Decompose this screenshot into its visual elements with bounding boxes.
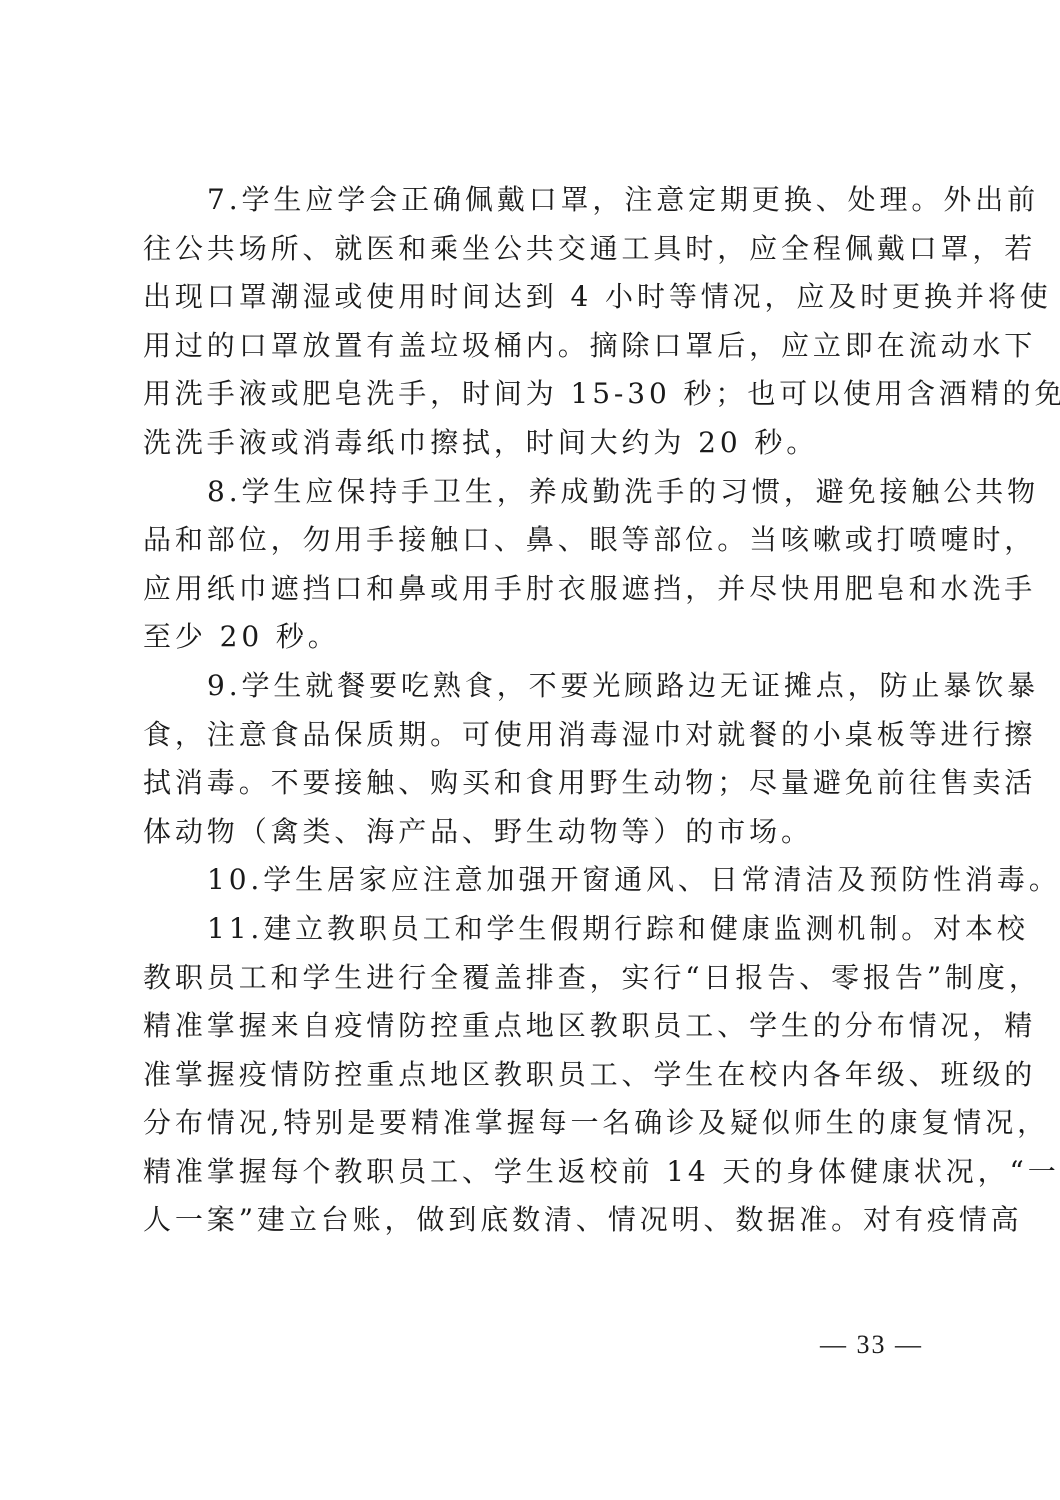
text-line: 准掌握疫情防控重点地区教职员工、学生在校内各年级、班级的 <box>143 1051 917 1100</box>
text-line: 教职员工和学生进行全覆盖排查，实行“日报告、零报告”制度， <box>143 954 917 1003</box>
paragraph-item-9: 9.学生就餐要吃熟食，不要光顾路边无证摊点，防止暴饮暴 食，注意食品保质期。可使… <box>143 662 917 856</box>
text-line: 用过的口罩放置有盖垃圾桶内。摘除口罩后，应立即在流动水下 <box>143 322 917 371</box>
text-line: 9.学生就餐要吃熟食，不要光顾路边无证摊点，防止暴饮暴 <box>143 662 917 711</box>
text-line: 用洗手液或肥皂洗手，时间为 15-30 秒；也可以使用含酒精的免 <box>143 370 917 419</box>
text-line: 应用纸巾遮挡口和鼻或用手肘衣服遮挡，并尽快用肥皂和水洗手 <box>143 565 917 614</box>
text-line: 精准掌握每个教职员工、学生返校前 14 天的身体健康状况，“一 <box>143 1148 917 1197</box>
paragraph-item-8: 8.学生应保持手卫生，养成勤洗手的习惯，避免接触公共物 品和部位，勿用手接触口、… <box>143 468 917 662</box>
text-line: 拭消毒。不要接触、购买和食用野生动物；尽量避免前往售卖活 <box>143 759 917 808</box>
text-line: 11.建立教职员工和学生假期行踪和健康监测机制。对本校 <box>143 905 917 954</box>
text-line: 品和部位，勿用手接触口、鼻、眼等部位。当咳嗽或打喷嚏时， <box>143 516 917 565</box>
document-page: 7.学生应学会正确佩戴口罩，注意定期更换、处理。外出前 往公共场所、就医和乘坐公… <box>143 176 917 1245</box>
text-line: 8.学生应保持手卫生，养成勤洗手的习惯，避免接触公共物 <box>143 468 917 517</box>
paragraph-item-11: 11.建立教职员工和学生假期行踪和健康监测机制。对本校 教职员工和学生进行全覆盖… <box>143 905 917 1245</box>
text-line: 人一案”建立台账，做到底数清、情况明、数据准。对有疫情高 <box>143 1196 917 1245</box>
text-line: 精准掌握来自疫情防控重点地区教职员工、学生的分布情况，精 <box>143 1002 917 1051</box>
text-line: 出现口罩潮湿或使用时间达到 4 小时等情况，应及时更换并将使 <box>143 273 917 322</box>
text-line: 至少 20 秒。 <box>143 613 917 662</box>
text-line: 10.学生居家应注意加强开窗通风、日常清洁及预防性消毒。 <box>143 856 917 905</box>
text-line: 体动物（禽类、海产品、野生动物等）的市场。 <box>143 808 917 857</box>
text-line: 食，注意食品保质期。可使用消毒湿巾对就餐的小桌板等进行擦 <box>143 711 917 760</box>
text-line: 洗洗手液或消毒纸巾擦拭，时间大约为 20 秒。 <box>143 419 917 468</box>
page-number: — 33 — <box>820 1330 923 1360</box>
paragraph-item-7: 7.学生应学会正确佩戴口罩，注意定期更换、处理。外出前 往公共场所、就医和乘坐公… <box>143 176 917 468</box>
text-line: 往公共场所、就医和乘坐公共交通工具时，应全程佩戴口罩，若 <box>143 225 917 274</box>
text-line: 分布情况,特别是要精准掌握每一名确诊及疑似师生的康复情况， <box>143 1099 917 1148</box>
paragraph-item-10: 10.学生居家应注意加强开窗通风、日常清洁及预防性消毒。 <box>143 856 917 905</box>
text-line: 7.学生应学会正确佩戴口罩，注意定期更换、处理。外出前 <box>143 176 917 225</box>
